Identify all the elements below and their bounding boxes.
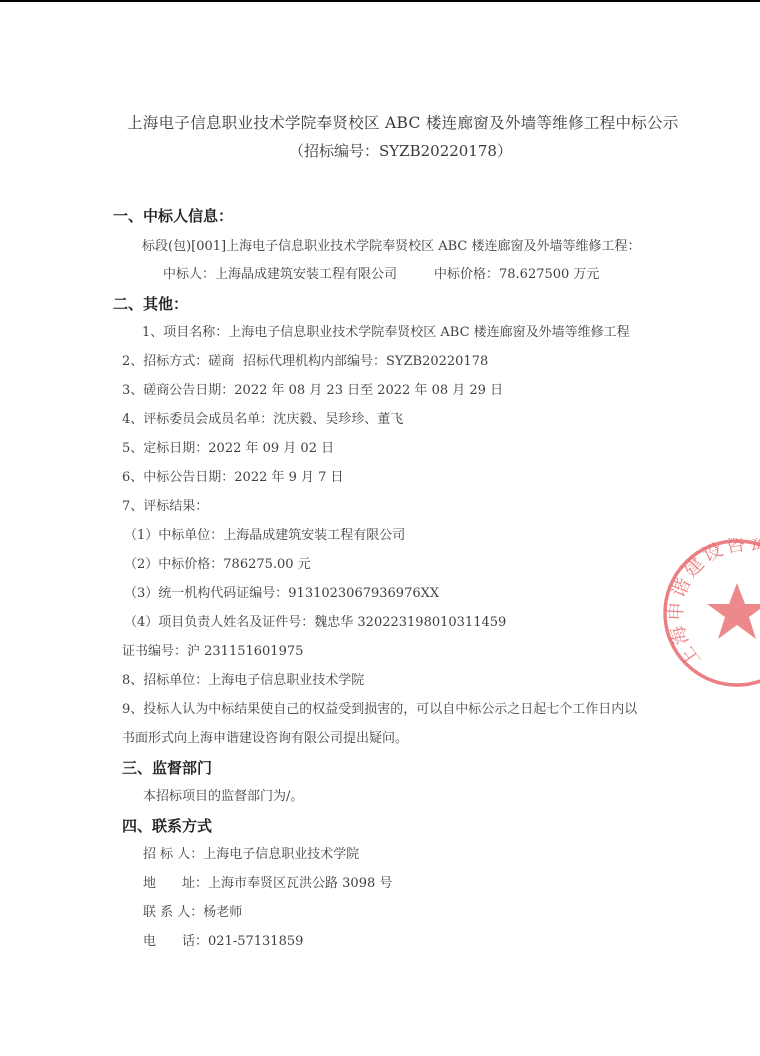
supervision-text: 本招标项目的监督部门为/。 — [143, 788, 303, 806]
item-tendering-unit: 8、招标单位：上海电子信息职业技术学院 — [122, 672, 364, 690]
item-project-name: 1、项目名称：上海电子信息职业技术学院奉贤校区 ABC 楼连廊窗及外墙等维修工程 — [142, 324, 630, 342]
contact-person: 联 系 人：杨老师 — [143, 904, 242, 922]
result-project-manager: （4）项目负责人姓名及证件号：魏忠华 320223198010311459 — [124, 614, 506, 632]
section-heading-winner-info: 一、中标人信息： — [113, 207, 233, 225]
contact-value: 上海电子信息职业技术学院 — [203, 847, 359, 862]
document-subtitle: （招标编号：SYZB20220178） — [289, 142, 512, 160]
lot-line: 标段(包)[001]上海电子信息职业技术学院奉贤校区 ABC 楼连廊窗及外墙等维… — [142, 238, 641, 256]
contact-label: 电 话： — [143, 934, 208, 949]
item-announcement-dates: 3、磋商公告日期：2022 年 08 月 23 日至 2022 年 08 月 2… — [122, 382, 503, 400]
item-publication-date: 6、中标公告日期：2022 年 9 月 7 日 — [122, 469, 344, 487]
section-heading-other: 二、其他： — [113, 295, 188, 313]
contact-value: 021-57131859 — [208, 934, 303, 949]
contact-label: 联 系 人： — [143, 905, 203, 920]
contact-label: 地 址： — [143, 876, 208, 891]
winner-name: 中标人：上海晶成建筑安装工程有限公司 — [163, 266, 397, 284]
star-icon — [707, 583, 760, 639]
item-committee-members: 4、评标委员会成员名单：沈庆毅、吴珍珍、董飞 — [122, 411, 403, 429]
winner-price: 中标价格：78.627500 万元 — [434, 266, 599, 284]
result-winning-unit: （1）中标单位：上海晶成建筑安装工程有限公司 — [124, 527, 405, 545]
section-heading-contact: 四、联系方式 — [122, 817, 212, 835]
contact-phone: 电 话：021-57131859 — [143, 933, 303, 951]
item-objection-notice-cont: 书面形式向上海申谐建设咨询有限公司提出疑问。 — [122, 730, 408, 748]
item-agency-code: 招标代理机构内部编号：SYZB20220178 — [243, 353, 488, 371]
item-bid-method: 2、招标方式：磋商 — [122, 353, 234, 371]
item-award-date: 5、定标日期：2022 年 09 月 02 日 — [122, 440, 334, 458]
certificate-number: 证书编号：沪 231151601975 — [122, 643, 303, 661]
item-evaluation-result: 7、评标结果： — [122, 498, 208, 516]
document-page: 上海电子信息职业技术学院奉贤校区 ABC 楼连廊窗及外墙等维修工程中标公示 （招… — [0, 0, 760, 1056]
result-winning-price: （2）中标价格：786275.00 元 — [124, 556, 311, 574]
contact-value: 上海市奉贤区瓦洪公路 3098 号 — [208, 876, 392, 891]
company-seal-stamp: 上海申谐建设咨询 — [662, 538, 760, 688]
contact-value: 杨老师 — [203, 905, 242, 920]
contact-address: 地 址：上海市奉贤区瓦洪公路 3098 号 — [143, 875, 392, 893]
item-objection-notice: 9、投标人认为中标结果使自己的权益受到损害的，可以自中标公示之日起七个工作日内以 — [122, 701, 637, 719]
contact-tenderer: 招 标 人：上海电子信息职业技术学院 — [143, 846, 359, 864]
result-org-code: （3）统一机构代码证编号：9131023067936976XX — [124, 585, 439, 603]
section-heading-supervision: 三、监督部门 — [122, 759, 212, 777]
contact-label: 招 标 人： — [143, 847, 203, 862]
document-title: 上海电子信息职业技术学院奉贤校区 ABC 楼连廊窗及外墙等维修工程中标公示 — [127, 114, 679, 132]
